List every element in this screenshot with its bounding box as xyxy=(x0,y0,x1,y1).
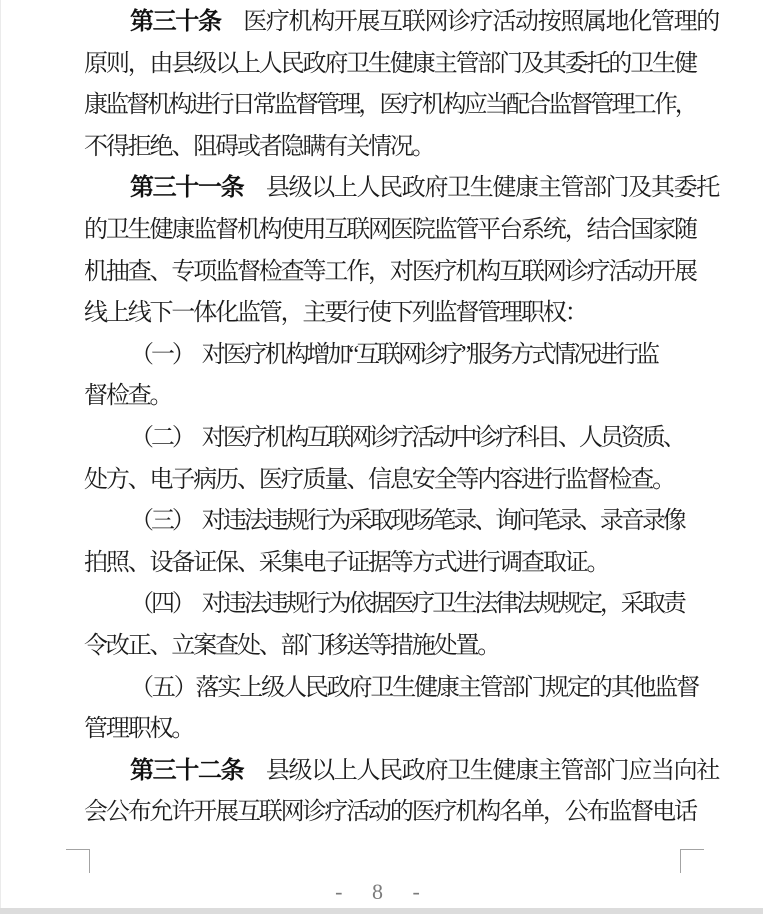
line-text: 拍照、设备证保、采集电子证据等方式进行调查取证。 xyxy=(84,550,608,576)
document-line: 的卫生健康监督机构使用互联网医院监管平台系统，结合国家随 xyxy=(84,210,704,252)
line-text: 的卫生健康监督机构使用互联网医院监管平台系统，结合国家随 xyxy=(84,217,696,243)
document-line: 管理职权。 xyxy=(84,709,704,751)
document-body: 第三十条 医疗机构开展互联网诊疗活动按照属地化管理的 原则，由县级以上人民政府卫… xyxy=(84,2,704,834)
document-line: （二） 对医疗机构互联网诊疗活动中诊疗科目、人员资质、 xyxy=(84,418,704,460)
line-text: 处方、电子病历、医疗质量、信息安全等内容进行监督检查。 xyxy=(84,467,674,493)
line-text: 令改正、立案查处、部门移送等措施处置。 xyxy=(84,633,499,659)
line-text: 县级以上人民政府卫生健康主管部门应当向社 xyxy=(243,758,719,784)
line-text: 医疗机构开展互联网诊疗活动按照属地化管理的 xyxy=(221,9,719,35)
document-line: 督检查。 xyxy=(84,376,704,418)
line-text: 不得拒绝、阻碍或者隐瞒有关情况。 xyxy=(84,134,434,160)
line-text: 督检查。 xyxy=(84,383,171,409)
page-left-edge xyxy=(0,0,1,908)
line-text: 会公布允许开展互联网诊疗活动的医疗机构名单，公布监督电话 xyxy=(84,799,696,825)
line-text: 线上线下一体化监管，主要行使下列监督管理职权： xyxy=(84,300,587,326)
line-text: 县级以上人民政府卫生健康主管部门及其委托 xyxy=(243,175,719,201)
document-line: 线上线下一体化监管，主要行使下列监督管理职权： xyxy=(84,293,704,335)
line-text: （四） 对违法违规行为依据医疗卫生法律法规规定，采取责 xyxy=(130,591,684,617)
document-line: 原则，由县级以上人民政府卫生健康主管部门及其委托的卫生健 xyxy=(84,44,704,86)
line-text: 管理职权。 xyxy=(84,716,193,742)
document-line: 第三十条 医疗机构开展互联网诊疗活动按照属地化管理的 xyxy=(84,2,704,44)
document-line: 第三十二条 县级以上人民政府卫生健康主管部门应当向社 xyxy=(84,751,704,793)
page-number: - 8 - xyxy=(0,878,763,906)
line-text: （三） 对违法违规行为采取现场笔录、询问笔录、录音录像 xyxy=(130,508,684,534)
line-text: （五）落实上级人民政府卫生健康主管部门规定的其他监督 xyxy=(130,675,698,701)
article-number: 第三十二条 xyxy=(130,758,243,784)
document-line: 第三十一条 县级以上人民政府卫生健康主管部门及其委托 xyxy=(84,168,704,210)
article-number: 第三十条 xyxy=(130,9,221,35)
document-line: （三） 对违法违规行为采取现场笔录、询问笔录、录音录像 xyxy=(84,501,704,543)
corner-mark-right xyxy=(680,849,704,873)
document-line: 拍照、设备证保、采集电子证据等方式进行调查取证。 xyxy=(84,543,704,585)
document-line: 康监督机构进行日常监督管理，医疗机构应当配合监督管理工作， xyxy=(84,85,704,127)
document-line: 处方、电子病历、医疗质量、信息安全等内容进行监督检查。 xyxy=(84,460,704,502)
page-bottom-edge xyxy=(0,908,763,914)
line-text: （一） 对医疗机构增加“互联网诊疗”服务方式情况进行监 xyxy=(130,342,657,368)
document-line: （五）落实上级人民政府卫生健康主管部门规定的其他监督 xyxy=(84,668,704,710)
line-text: （二） 对医疗机构互联网诊疗活动中诊疗科目、人员资质、 xyxy=(130,425,684,451)
line-text: 机抽查、专项监督检查等工作，对医疗机构互联网诊疗活动开展 xyxy=(84,259,696,285)
document-line: （一） 对医疗机构增加“互联网诊疗”服务方式情况进行监 xyxy=(84,335,704,377)
document-page: 第三十条 医疗机构开展互联网诊疗活动按照属地化管理的 原则，由县级以上人民政府卫… xyxy=(0,0,763,914)
document-line: 会公布允许开展互联网诊疗活动的医疗机构名单，公布监督电话 xyxy=(84,792,704,834)
document-line: 令改正、立案查处、部门移送等措施处置。 xyxy=(84,626,704,668)
document-line: （四） 对违法违规行为依据医疗卫生法律法规规定，采取责 xyxy=(84,584,704,626)
article-number: 第三十一条 xyxy=(130,175,243,201)
line-text: 原则，由县级以上人民政府卫生健康主管部门及其委托的卫生健 xyxy=(84,51,696,77)
line-text: 康监督机构进行日常监督管理，医疗机构应当配合监督管理工作， xyxy=(84,92,696,118)
document-line: 机抽查、专项监督检查等工作，对医疗机构互联网诊疗活动开展 xyxy=(84,252,704,294)
document-line: 不得拒绝、阻碍或者隐瞒有关情况。 xyxy=(84,127,704,169)
corner-mark-left xyxy=(66,849,90,873)
